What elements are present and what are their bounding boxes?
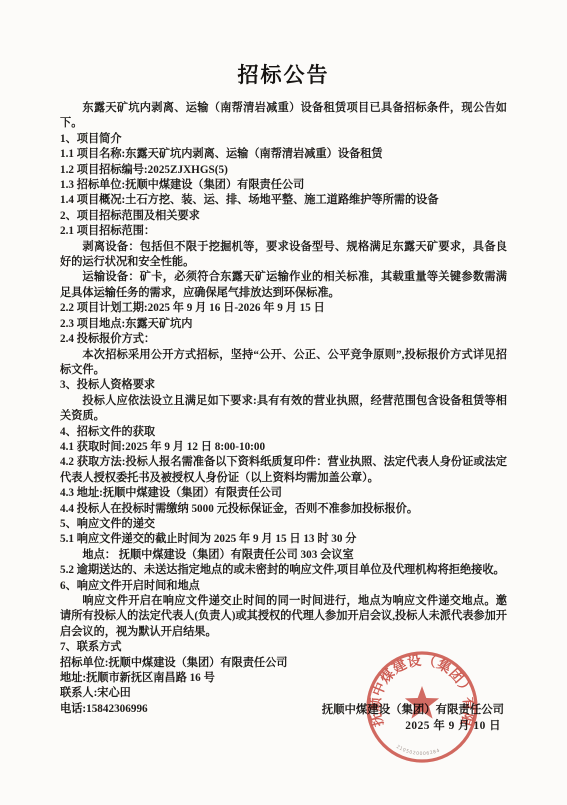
paragraph: 2.3 项目地点:东露天矿坑内	[60, 317, 507, 332]
paragraph: 东露天矿坑内剥离、运输（南帮清岩减重）设备租赁项目已具备招标条件，现公告如下。	[60, 101, 507, 132]
paragraph: 2、项目招标范围及相关要求	[60, 209, 507, 224]
paragraph: 4.4 投标人在投标时需缴纳 5000 元投标保证金，否则不准参加投标报价。	[60, 502, 507, 517]
paragraph: 4.3 地址:抚顺中煤建设（集团）有限责任公司	[60, 486, 507, 501]
seal-serial-number: 2105020006284	[395, 744, 441, 757]
paragraph: 4.1 获取时间:2025 年 9 月 12 日 8:00-10:00	[60, 440, 507, 455]
paragraph: 4.2 获取方法:投标人报名需准备以下资料纸质复印件：营业执照、法定代表人身份证…	[60, 455, 507, 486]
company-seal-stamp: 抚顺中煤建设（集团）有限责任公司 2105020006284	[361, 645, 485, 769]
paragraph: 1、项目简介	[60, 132, 507, 147]
paragraph: 1.1 项目名称:东露天矿坑内剥离、运输（南帮清岩减重）设备租赁	[60, 147, 507, 162]
paragraph: 2.2 项目计划工期:2025 年 9 月 16 日-2026 年 9 月 15…	[60, 301, 507, 316]
paragraph: 2.1 项目招标范围：	[60, 224, 507, 239]
paragraph: 5.2 逾期送达的、未送达指定地点的或未密封的响应文件,项目单位及代理机构将拒绝…	[60, 563, 507, 578]
paragraph: 4、招标文件的获取	[60, 425, 507, 440]
paragraph: 3、投标人资格要求	[60, 378, 507, 393]
paragraph: 1.3 招标单位:抚顺中煤建设（集团）有限责任公司	[60, 178, 507, 193]
paragraph: 地点： 抚顺中煤建设（集团）有限责任公司 303 会议室	[60, 548, 507, 563]
paragraph: 2.4 投标报价方式：	[60, 332, 507, 347]
paragraph: 本次招标采用公开方式招标，坚持“公开、公正、公平竞争原则”,投标报价方式详见招标…	[60, 348, 507, 379]
paragraph: 6、响应文件开启时间和地点	[60, 579, 507, 594]
page-title: 招标公告	[0, 59, 567, 89]
paragraph: 5.1 响应文件递交的截止时间为 2025 年 9 月 15 日 13 时 30…	[60, 532, 507, 547]
paragraph: 5、响应文件的递交	[60, 517, 507, 532]
seal-ring-text: 抚顺中煤建设（集团）有限责任公司	[361, 645, 477, 729]
paragraph: 投标人应依法设立且满足如下要求:具有有效的营业执照，经营范围包含设备租赁等相关资…	[60, 394, 507, 425]
paragraph: 运输设备：矿卡，必须符合东露天矿运输作业的相关标准，其载重量等关键参数需满足具体…	[60, 270, 507, 301]
document-page: 招标公告 东露天矿坑内剥离、运输（南帮清岩减重）设备租赁项目已具备招标条件，现公…	[0, 0, 567, 805]
paragraph: 1.2 项目招标编号:2025ZJXHGS(5)	[60, 163, 507, 178]
document-body: 东露天矿坑内剥离、运输（南帮清岩减重）设备租赁项目已具备招标条件，现公告如下。1…	[60, 101, 507, 717]
paragraph: 剥离设备：包括但不限于挖掘机等，要求设备型号、规格满足东露天矿要求，具备良好的运…	[60, 240, 507, 271]
paragraph: 1.4 项目概况:土石方挖、装、运、排、场地平整、施工道路维护等所需的设备	[60, 193, 507, 208]
paragraph: 响应文件开启在响应文件递交止时间的同一时间进行，地点为响应文件递交地点。邀请所有…	[60, 594, 507, 640]
seal-star-icon	[405, 686, 439, 719]
